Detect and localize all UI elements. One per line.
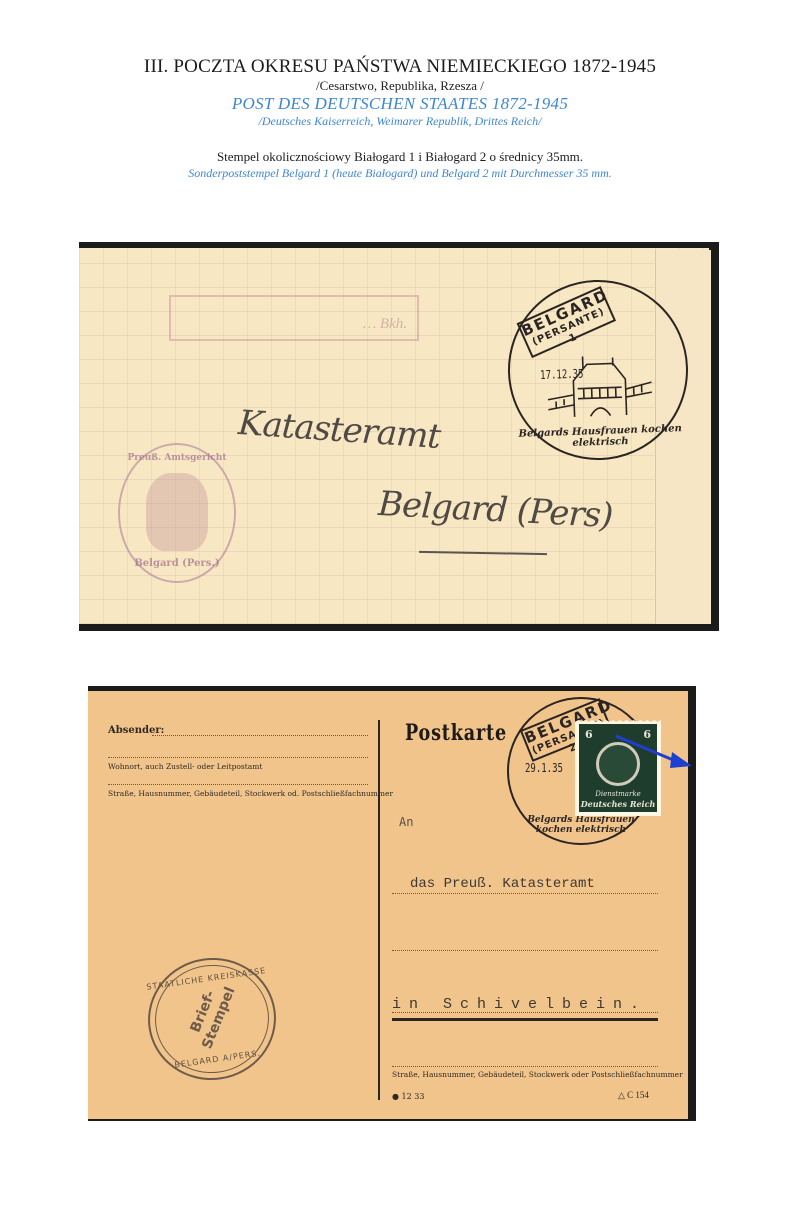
postmark-date: 29.1.35 bbox=[525, 761, 563, 775]
print-code-left: ● 12 33 bbox=[392, 1092, 424, 1101]
recipient-street-label: Straße, Hausnummer, Gebäudeteil, Stockwe… bbox=[392, 1070, 683, 1079]
stamp-denomination: 6 bbox=[585, 728, 593, 741]
sender-line bbox=[108, 757, 368, 758]
office-seal-purple: Preuß. Amtsgericht Belgard (Pers.) bbox=[118, 443, 236, 583]
cachet-center-line-1: Brief- bbox=[172, 951, 234, 1072]
sender-line bbox=[152, 735, 368, 736]
eagle-icon bbox=[146, 473, 208, 551]
title-german: POST DES DEUTSCHEN STAATES 1872-1945 bbox=[0, 94, 800, 114]
address-to-label: An bbox=[399, 815, 413, 829]
office-seal-bottom-text: Belgard (Pers.) bbox=[120, 558, 234, 569]
cachet-center: Brief- Stempel bbox=[172, 951, 250, 1079]
blue-arrow-icon bbox=[612, 732, 696, 772]
postcard-divider bbox=[378, 720, 380, 1100]
red-box-cachet-text: … Bkh. bbox=[363, 316, 407, 333]
caption-german: Sonderpoststempel Belgard 1 (heute Biało… bbox=[0, 165, 800, 181]
subtitle-german: /Deutsches Kaiserreich, Weimarer Republi… bbox=[0, 114, 800, 129]
address-line bbox=[392, 1066, 658, 1067]
address-line bbox=[392, 893, 658, 894]
subtitle-polish: /Cesarstwo, Republika, Rzesza / bbox=[0, 78, 800, 94]
address-line-3: in Schivelbein. bbox=[392, 996, 647, 1013]
address-bold-rule bbox=[392, 1018, 658, 1021]
sender-town-label: Wohnort, auch Zustell- oder Leitpostamt bbox=[108, 762, 262, 771]
cachet-center-line-2: Stempel bbox=[188, 958, 250, 1079]
sender-line bbox=[108, 784, 368, 785]
address-line-1: das Preuß. Katasteramt bbox=[410, 876, 595, 892]
print-code-right: △ C 154 bbox=[618, 1090, 649, 1101]
caption: Stempel okolicznościowy Białogard 1 i Bi… bbox=[0, 148, 800, 181]
stamp-label-1: Dienstmarke bbox=[579, 790, 657, 798]
title-polish: III. POCZTA OKRESU PAŃSTWA NIEMIECKIEGO … bbox=[0, 56, 800, 78]
address-line bbox=[392, 950, 658, 951]
print-code-left-text: 12 33 bbox=[402, 1092, 425, 1101]
sender-street-label: Straße, Hausnummer, Gebäudeteil, Stockwe… bbox=[108, 789, 393, 798]
castle-building-icon bbox=[542, 352, 654, 422]
page-header: III. POCZTA OKRESU PAŃSTWA NIEMIECKIEGO … bbox=[0, 56, 800, 129]
red-box-cachet: … Bkh. bbox=[169, 295, 419, 341]
postcard-title: Postkarte bbox=[405, 720, 507, 746]
caption-polish: Stempel okolicznościowy Białogard 1 i Bi… bbox=[0, 148, 800, 165]
office-seal-top-text: Preuß. Amtsgericht bbox=[120, 453, 234, 463]
postmark-slogan: Belgards Hausfrauen kochen elektrisch bbox=[509, 815, 653, 835]
address-line bbox=[392, 1012, 658, 1013]
stamp-label-2: Deutsches Reich bbox=[579, 799, 657, 809]
